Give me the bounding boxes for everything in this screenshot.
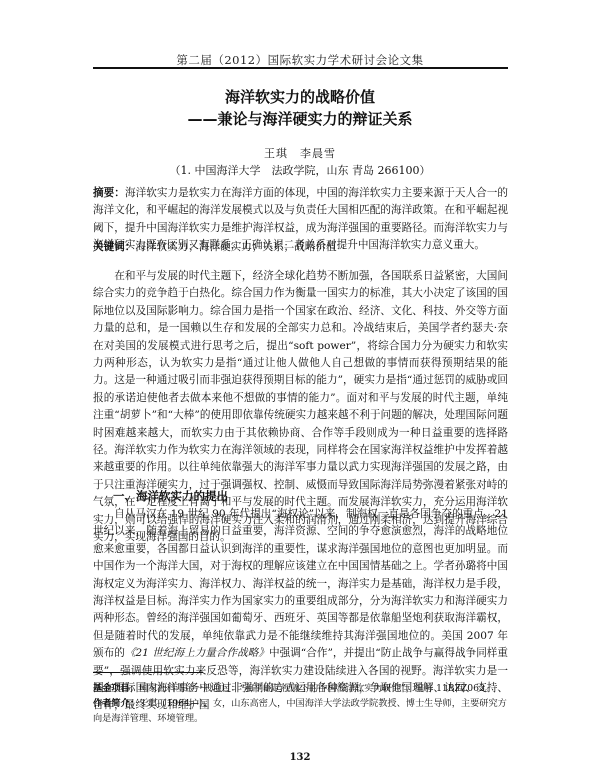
keywords-text: 海洋软实力；海洋硬实力；关系；战略价值	[135, 241, 336, 253]
intro-paragraph: 在和平与发展的时代主题下，经济全球化趋势不断加强，各国联系日益紧密，大国间综合实…	[93, 268, 508, 547]
article-subtitle: ——兼论与海洋硬实力的辩证关系	[0, 108, 600, 129]
footnotes: 基金项目：国家社科基金一般项目：“和平崛起视阈下的中国海洋软实力研究”，编号 1…	[93, 681, 508, 726]
running-head: 第二届（2012）国际软实力学术研讨会论文集	[0, 52, 600, 68]
keywords: 关键词：海洋软实力；海洋硬实力；关系；战略价值	[93, 239, 508, 256]
author-affiliation: （1. 中国海洋大学 法政学院，山东 青岛 266100）	[0, 162, 600, 178]
abstract-label: 摘要：	[93, 187, 125, 199]
fund-footnote: 基金项目：国家社科基金一般项目：“和平崛起视阈下的中国海洋软实力研究”，编号 1…	[93, 681, 508, 696]
fund-text: 国家社科基金一般项目：“和平崛起视阈下的中国海洋软实力研究”，编号 11BZZ0…	[139, 683, 494, 694]
article-title: 海洋软实力的战略价值	[0, 86, 600, 107]
author-names: 王琪 李晨雪	[0, 145, 600, 161]
intro-section: 在和平与发展的时代主题下，经济全球化趋势不断加强，各国联系日益紧密，大国间综合实…	[93, 268, 508, 547]
section-heading: 一、海洋软实力的提出	[113, 488, 228, 504]
keywords-label: 关键词：	[93, 241, 135, 253]
fund-label: 基金项目：	[93, 683, 139, 694]
header-rule	[93, 67, 508, 69]
footnote-rule	[93, 672, 203, 673]
section-1-text-a: 自从马汉在 19 世纪 90 年代提出“海权论”以来，制海权一直是各国争夺的重点…	[93, 508, 508, 659]
author-bio-label: 作者简介：	[93, 698, 139, 709]
cited-document-title: 《21 世纪海上力量合作战略》	[125, 647, 269, 659]
page-number: 132	[0, 752, 600, 763]
author-bio-text: 王琪（1964—），女，山东高密人，中国海洋大学法政学院教授、博士生导师，主要研…	[93, 698, 507, 724]
author-footnote: 作者简介：王琪（1964—），女，山东高密人，中国海洋大学法政学院教授、博士生导…	[93, 696, 508, 726]
